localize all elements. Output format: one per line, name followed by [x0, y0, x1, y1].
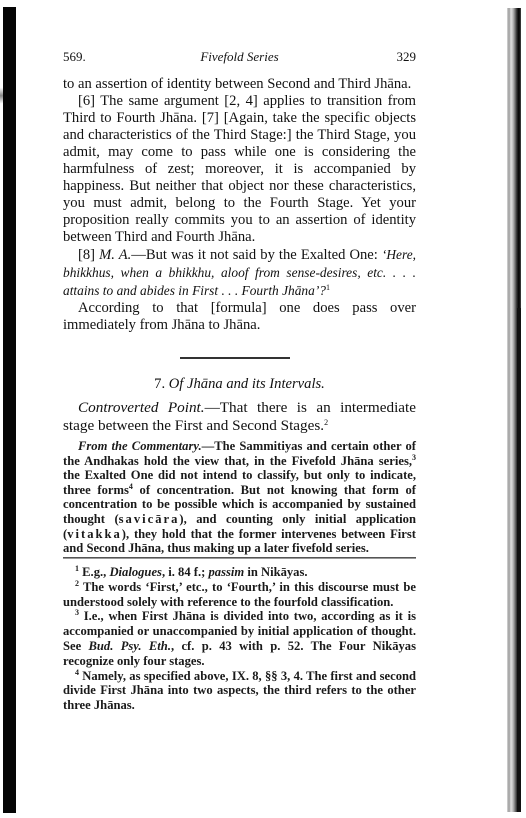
main-text: to an assertion of identity between Seco… [63, 76, 416, 334]
section-number: 569. [63, 49, 86, 65]
footnote-3: 3 I.e., when First Jhāna is divided into… [63, 609, 416, 668]
controverted-point-label: Controverted Point. [78, 399, 205, 416]
book-binding-shadow [3, 7, 16, 813]
footnote-4: 4 Namely, as specified above, IX. 8, §§ … [63, 669, 416, 713]
paragraph-8-text: —But was it not said by the Exalted One: [131, 247, 378, 263]
footnote-rule [63, 557, 416, 559]
footnote-italic: passim [208, 565, 244, 579]
footnote-text: in Nikāyas. [244, 565, 307, 579]
footnote-text: The words ‘First,’ etc., to ‘Fourth,’ in… [63, 580, 416, 609]
footnote-text: , i. 84 f.; [162, 565, 209, 579]
footnote-ref-1[interactable]: 1 [326, 283, 330, 292]
running-head-title: Fivefold Series [63, 49, 416, 65]
work-title: Bud. Psy. Eth. [89, 639, 171, 653]
paragraph-conclusion: According to that [formula] one does pas… [63, 300, 416, 334]
section-divider [180, 357, 290, 359]
footnote-2: 2 The words ‘First,’ etc., to ‘Fourth,’ … [63, 580, 416, 610]
page-edge-right [507, 8, 521, 812]
paragraph-continuation: to an assertion of identity between Seco… [63, 76, 416, 93]
paragraph-6-7: [6] The same argument [2, 4] applies to … [63, 93, 416, 246]
commentary-label: From the Commentary. [78, 439, 202, 453]
section-heading-number: 7. [154, 376, 165, 392]
footnote-text: E.g., [79, 565, 109, 579]
footnote-ref-2[interactable]: 2 [324, 418, 328, 427]
footnotes: 1 E.g., Dialogues, i. 84 f.; passim in N… [63, 565, 416, 713]
section-heading: 7. Of Jhāna and its Intervals. [63, 376, 416, 393]
work-title: Dialogues [109, 565, 161, 579]
section-heading-title: Of Jhāna and its Intervals. [169, 376, 325, 392]
page-number: 329 [397, 49, 417, 65]
controverted-point: Controverted Point.—That there is an int… [63, 399, 416, 435]
footnote-1: 1 E.g., Dialogues, i. 84 f.; passim in N… [63, 565, 416, 580]
pali-term-vitakka: vitakka [67, 527, 122, 541]
pali-term-savicara: savicāra [119, 512, 180, 526]
commentary-block: From the Commentary.—The Sammitiyas and … [63, 439, 416, 556]
para-number: [8] [78, 247, 99, 263]
footnote-ref-3[interactable]: 3 [412, 453, 416, 462]
speaker-label: M. A. [99, 247, 131, 263]
footnote-text: Namely, as specified above, IX. 8, §§ 3,… [63, 669, 416, 713]
paragraph-8: [8] M. A.—But was it not said by the Exa… [63, 246, 416, 300]
running-head: Fivefold Series 569. 329 [63, 49, 416, 67]
